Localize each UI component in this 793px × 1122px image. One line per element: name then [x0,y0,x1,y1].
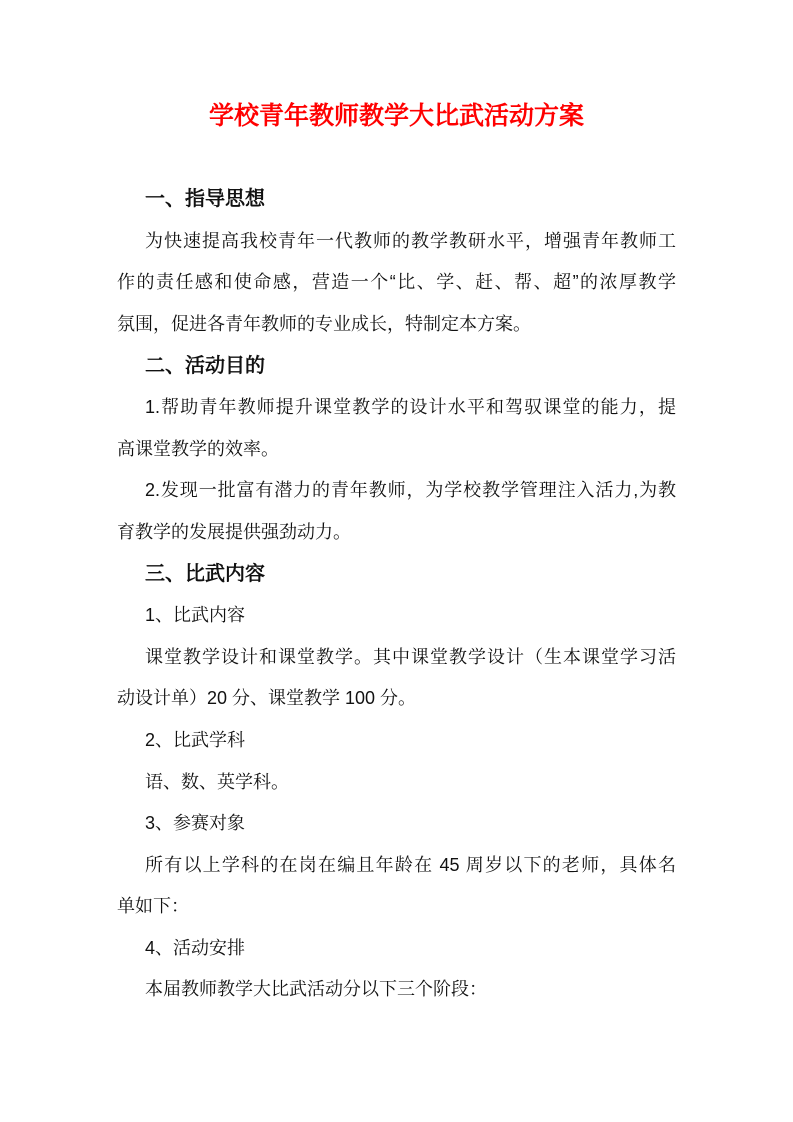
text-line: 育教学的发展提供强劲动力。 [117,512,676,554]
text-line: 语、数、英学科。 [117,762,676,804]
text-line: 动设计单）20 分、课堂教学 100 分。 [117,678,676,720]
text-line: 为快速提高我校青年一代教师的教学教研水平，增强青年教师工 [117,221,676,263]
heading-competition-content: 三、比武内容 [117,554,676,596]
document-page: 学校青年教师教学大比武活动方案 一、指导思想 为快速提高我校青年一代教师的教学教… [0,0,793,1122]
document-title: 学校青年教师教学大比武活动方案 [117,96,676,138]
para-schedule-intro: 本届教师教学大比武活动分以下三个阶段： [117,969,676,1011]
para-content-detail: 课堂教学设计和课堂教学。其中课堂教学设计（生本课堂学习活 动设计单）20 分、课… [117,637,676,720]
heading-activity-purpose: 二、活动目的 [117,346,676,388]
para-subjects: 语、数、英学科。 [117,762,676,804]
subitem-1-competition-content: 1、比武内容 [117,595,676,637]
para-intro: 为快速提高我校青年一代教师的教学教研水平，增强青年教师工 作的责任感和使命感，营… [117,221,676,346]
para-participants: 所有以上学科的在岗在编且年龄在 45 周岁以下的老师，具体名 单如下： [117,845,676,928]
heading-guiding-principles: 一、指导思想 [117,179,676,221]
subitem-4-activity-schedule: 4、活动安排 [117,928,676,970]
subitem-2-competition-subjects: 2、比武学科 [117,720,676,762]
text-line: 3、参赛对象 [117,803,676,845]
subitem-3-participants: 3、参赛对象 [117,803,676,845]
text-line: 4、活动安排 [117,928,676,970]
text-line: 本届教师教学大比武活动分以下三个阶段： [117,969,676,1011]
text-line: 氛围，促进各青年教师的专业成长，特制定本方案。 [117,304,676,346]
text-line: 单如下： [117,886,676,928]
para-goal-1: 1.帮助青年教师提升课堂教学的设计水平和驾驭课堂的能力，提 高课堂教学的效率。 [117,387,676,470]
text-line: 2、比武学科 [117,720,676,762]
text-line: 1、比武内容 [117,595,676,637]
text-line: 1.帮助青年教师提升课堂教学的设计水平和驾驭课堂的能力，提 [117,387,676,429]
text-line: 2.发现一批富有潜力的青年教师，为学校教学管理注入活力,为教 [117,470,676,512]
para-goal-2: 2.发现一批富有潜力的青年教师，为学校教学管理注入活力,为教 育教学的发展提供强… [117,470,676,553]
text-line: 作的责任感和使命感，营造一个“比、学、赶、帮、超”的浓厚教学 [117,262,676,304]
text-line: 高课堂教学的效率。 [117,429,676,471]
text-line: 课堂教学设计和课堂教学。其中课堂教学设计（生本课堂学习活 [117,637,676,679]
text-line: 所有以上学科的在岗在编且年龄在 45 周岁以下的老师，具体名 [117,845,676,887]
